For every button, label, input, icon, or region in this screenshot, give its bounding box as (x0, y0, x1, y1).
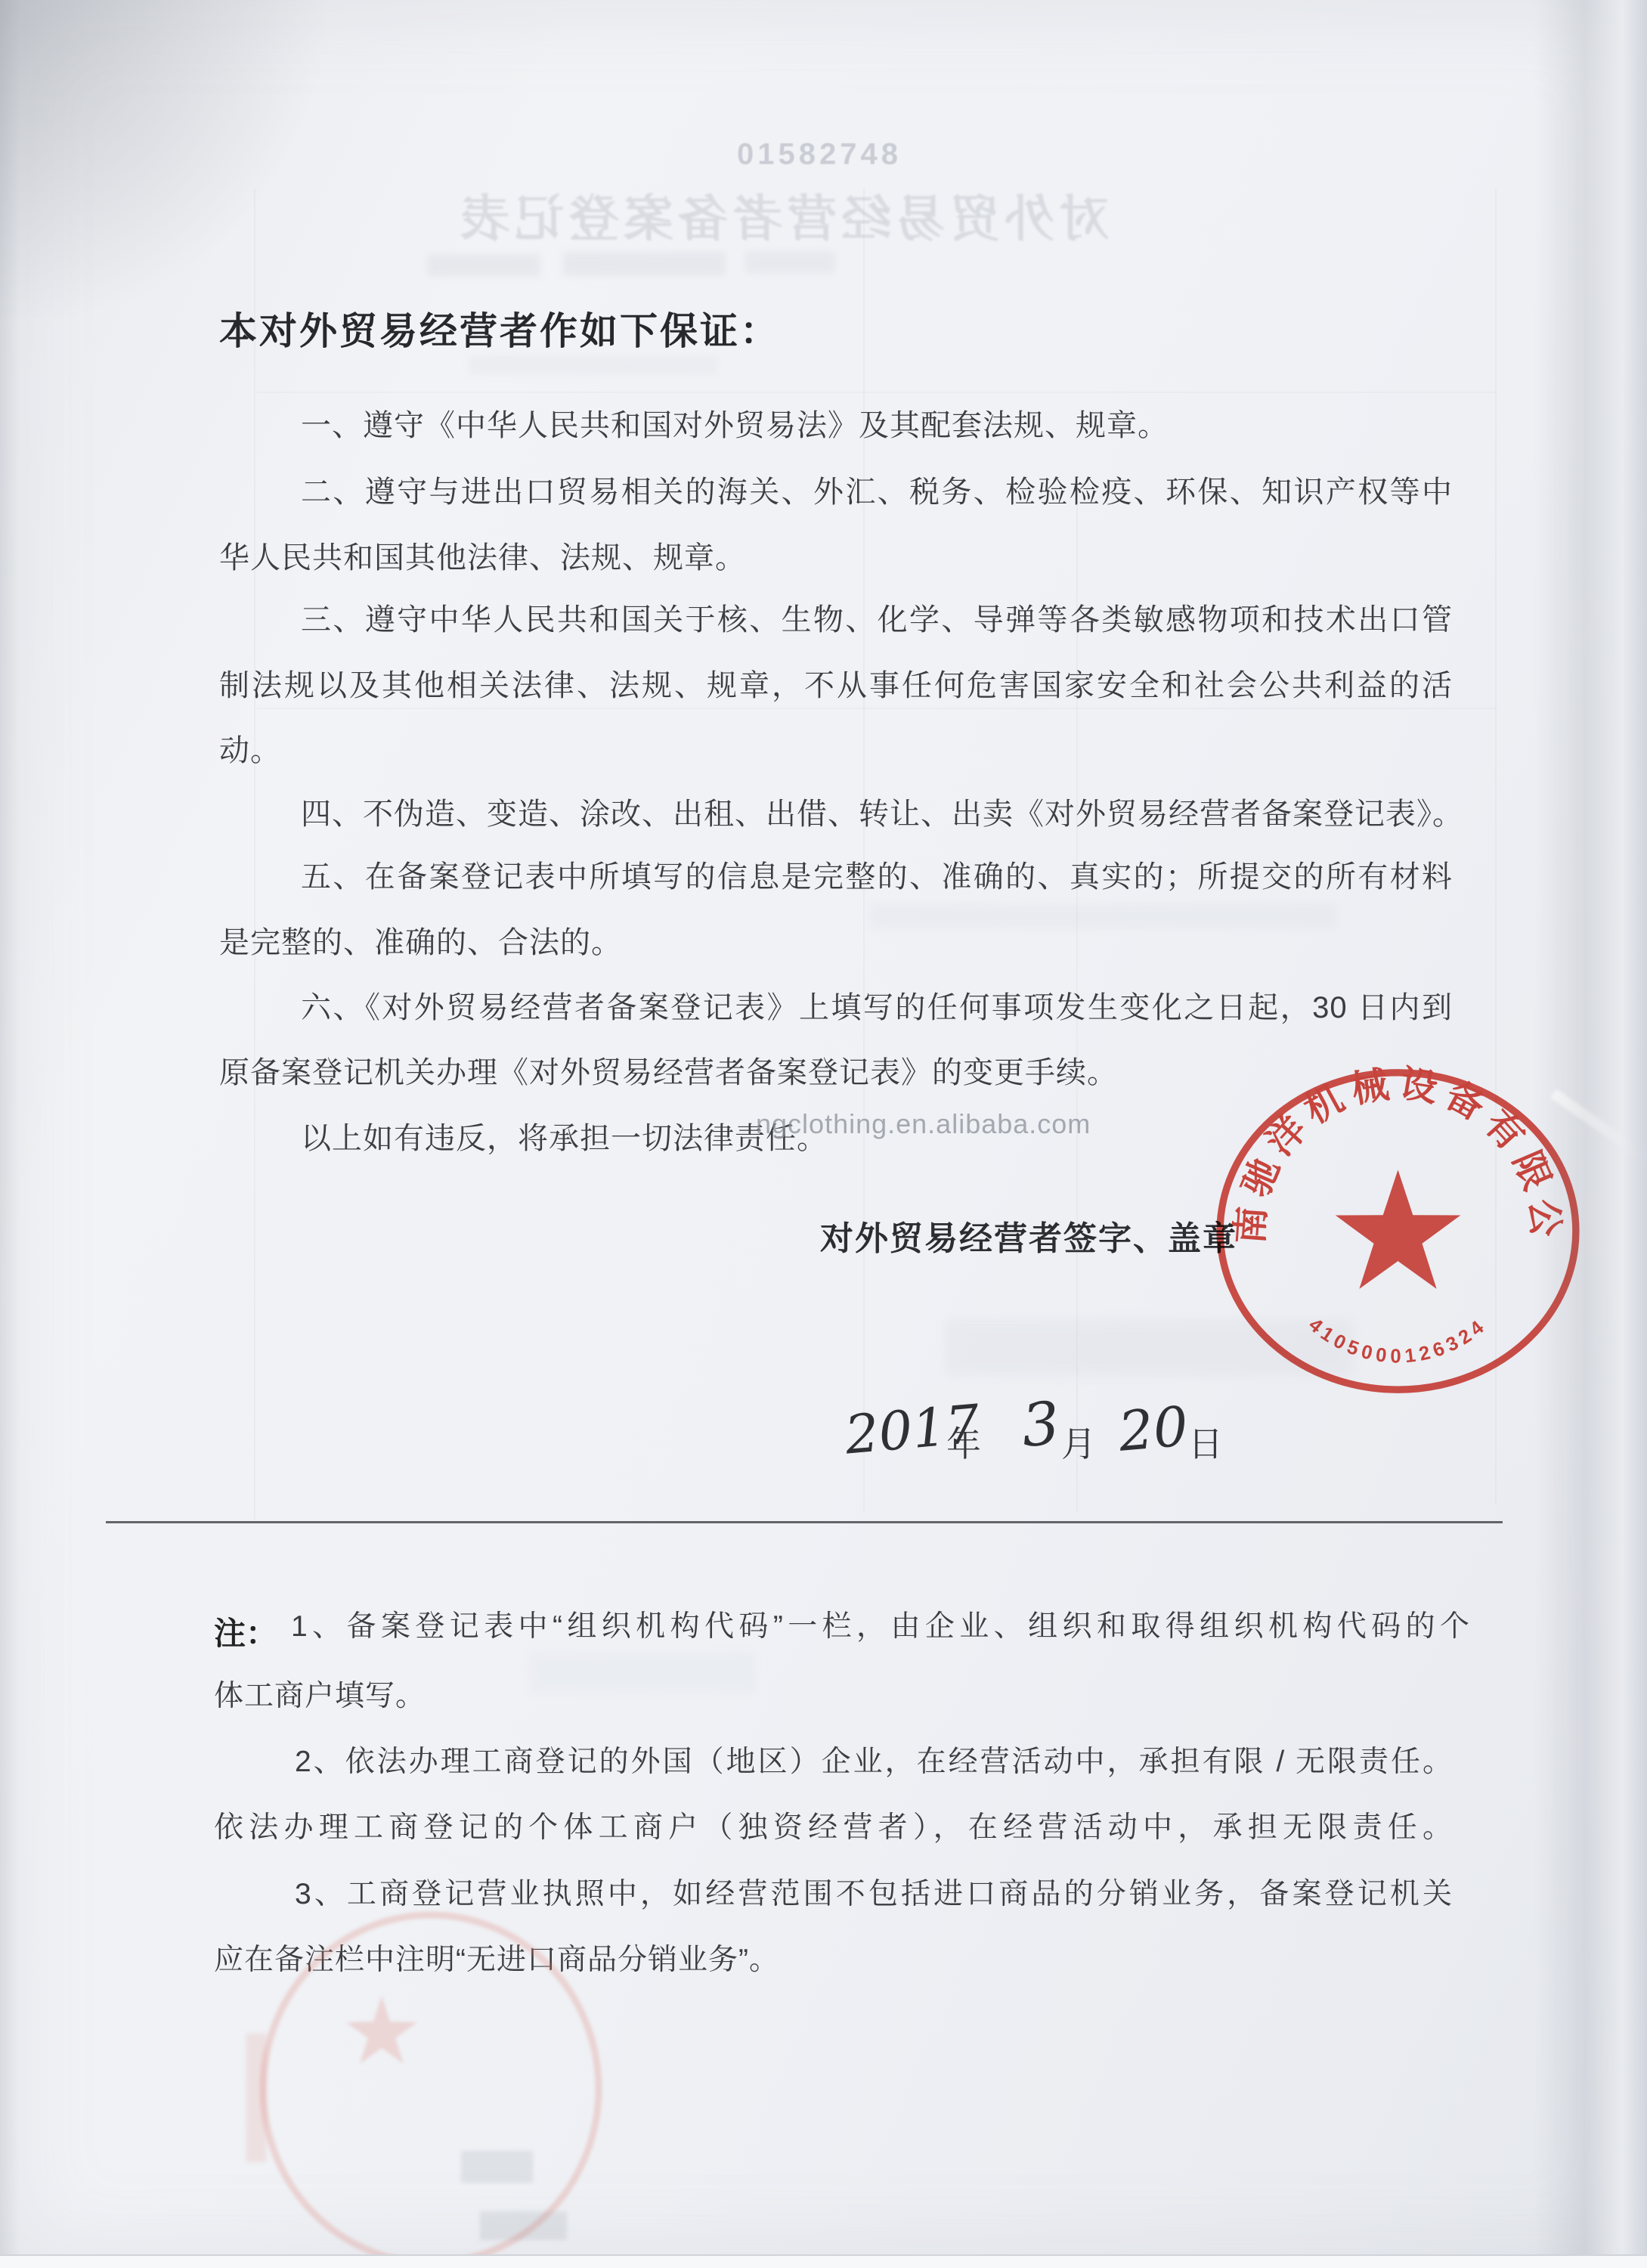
note-line: 3、工商登记营业执照中，如经营范围不包括进口商品的分销业务，备案登记机关 (219, 1876, 1453, 1913)
bleed-table-line (257, 708, 1497, 709)
date-year-label: 年 (946, 1417, 981, 1467)
body-line: 四、不伪造、变造、涂改、出租、出借、转让、出卖《对外贸易经营者备案登记表》。 (219, 795, 1453, 833)
seal-star-icon (1336, 1170, 1461, 1288)
bleed-artifact (469, 355, 718, 375)
body-line: 二、遵守与进出口贸易相关的海关、外汇、税务、检验检疫、环保、知识产权等中 (219, 473, 1453, 511)
body-line: 五、在备案登记表中所填写的信息是完整的、准确的、真实的；所提交的所有材料 (219, 858, 1453, 896)
date-month-handwritten: 3 (1019, 1390, 1062, 1461)
note-line: 2、依法办理工商登记的外国（地区）企业，在经营活动中，承担有限 / 无限责任。 (219, 1744, 1453, 1781)
ghost-seal-star-icon (346, 1996, 417, 2064)
note-line: 依法办理工商登记的个体工商户（独资经营者），在经营活动中，承担无限责任。 (214, 1810, 1453, 1847)
bleedthrough-serial-number: 01582748 (737, 138, 902, 172)
scanned-document-page: 对外贸易经营者备案登记表 01582748 本对外贸易经营者作如下保证： 一、遵… (0, 0, 1647, 2268)
note-line: 1、备案登记表中“组织机构代码”一栏，由企业、组织和取得组织机构代码的个 (291, 1609, 1470, 1646)
date-day-handwritten: 20 (1116, 1394, 1191, 1464)
note-line: 体工商户填写。 (214, 1678, 426, 1715)
bleed-table-line (254, 189, 255, 1520)
notes-label: 注： (214, 1609, 277, 1654)
company-seal-graphic: 河南驰洋机械设备有限公司 4105000126324 (1209, 1062, 1587, 1402)
body-line: 六、《对外贸易经营者备案登记表》上填写的任何事项发生变化之日起，30 日内到 (219, 989, 1453, 1027)
bleed-artifact (480, 2211, 567, 2240)
page-corner-shadow (0, 0, 348, 318)
seal-code-number: 4105000126324 (1305, 1314, 1491, 1367)
document-heading: 本对外贸易经营者作如下保证： (219, 301, 780, 355)
bleed-table-line (863, 189, 865, 1512)
date-month-label: 月 (1061, 1417, 1096, 1467)
horizontal-divider (106, 1521, 1503, 1523)
svg-text:4105000126324: 4105000126324 (1305, 1314, 1491, 1367)
bleed-table-line (257, 392, 1497, 393)
page-edge-shade (0, 0, 20, 2268)
bleed-artifact (461, 2151, 533, 2183)
bleed-artifact (427, 254, 540, 277)
body-line: 是完整的、准确的、合法的。 (219, 924, 1453, 962)
bleed-artifact (246, 2034, 266, 2162)
page-bottom-edge (0, 2254, 1647, 2268)
signature-label: 对外贸易经营者签字、盖章 (820, 1211, 1237, 1259)
body-line: 一、遵守《中华人民共和国对外贸易法》及其配套法规、规章。 (219, 407, 1453, 445)
body-line: 华人民共和国其他法律、法规、规章。 (219, 539, 1453, 577)
body-line: 制法规以及其他相关法律、法规、规章，不从事任何危害国家安全和社会公共利益的活 (219, 667, 1453, 705)
bleed-artifact (529, 1652, 756, 1694)
bleed-artifact (563, 252, 726, 276)
bleedthrough-mirrored-title: 对外贸易经营者备案登记表 (412, 178, 1153, 250)
photo-watermark: ngclothing.en.alibaba.com (756, 1108, 1091, 1140)
date-day-label: 日 (1188, 1417, 1223, 1467)
body-line: 动。 (219, 732, 1453, 770)
body-line: 三、遵守中华人民共和国关于核、生物、化学、导弹等各类敏感物项和技术出口管 (219, 601, 1453, 639)
ghost-seal-ring (263, 1915, 599, 2263)
company-seal-stamp: 河南驰洋机械设备有限公司 4105000126324 (1209, 1062, 1587, 1402)
bleed-artifact (745, 251, 835, 274)
